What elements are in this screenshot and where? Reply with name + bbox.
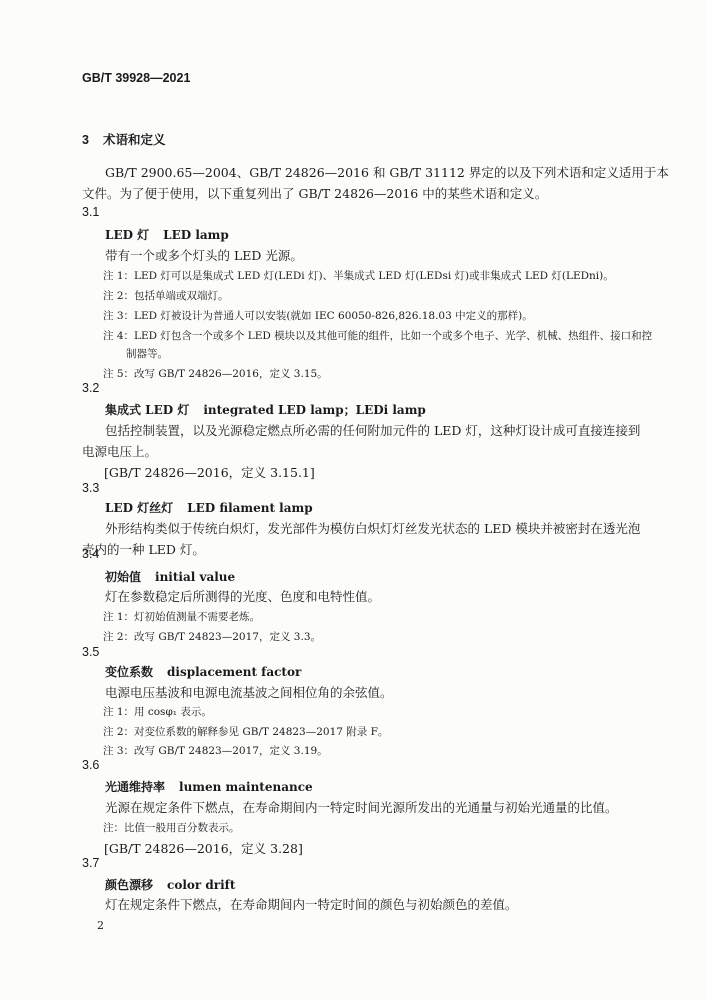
term-note: 注：比值一般用百分数表示。 [103, 820, 240, 835]
intro-line-2: 文件。为了便于使用，以下重复列出了 GB/T 24826—2016 中的某些术语… [82, 184, 547, 204]
term-number: 3.4 [82, 547, 99, 561]
term-note: 注 2：包括单端或双端灯。 [103, 288, 229, 303]
term-heading: 集成式 LED 灯integrated LED lamp；LEDi lamp [105, 401, 426, 418]
term-note-continuation: 制器等。 [126, 346, 168, 361]
term-heading: 光通维持率lumen maintenance [105, 778, 313, 795]
term-note: 注 1：用 cosφ₁ 表示。 [103, 704, 212, 719]
term-definition-continuation: 壳内的一种 LED 灯。 [82, 540, 205, 558]
term-definition-continuation: 电源电压上。 [82, 442, 157, 460]
term-note: 注 3：LED 灯被设计为普通人可以安装(就如 IEC 60050-826,82… [103, 308, 533, 323]
term-number: 3.6 [82, 758, 99, 772]
term-definition: 外形结构类似于传统白炽灯，发光部件为模仿白炽灯灯丝发光状态的 LED 模块并被密… [105, 519, 640, 537]
section-heading: 3术语和定义 [82, 130, 165, 148]
document-page: GB/T 39928—2021 3术语和定义 GB/T 2900.65—2004… [0, 0, 707, 1000]
page-number: 2 [97, 919, 104, 932]
term-number: 3.2 [82, 381, 99, 395]
term-source: [GB/T 24826—2016，定义 3.28] [104, 839, 303, 857]
standard-code: GB/T 39928—2021 [82, 71, 190, 85]
term-heading: 初始值initial value [105, 568, 235, 585]
term-note: 注 3：改写 GB/T 24823—2017，定义 3.19。 [103, 743, 328, 758]
term-note: 注 2：改写 GB/T 24823—2017，定义 3.3。 [103, 629, 321, 644]
term-note: 注 4：LED 灯包含一个或多个 LED 模块以及其他可能的组件，比如一个或多个… [103, 328, 652, 343]
term-number: 3.3 [82, 481, 99, 495]
term-definition: 带有一个或多个灯头的 LED 光源。 [105, 246, 303, 264]
term-note: 注 5：改写 GB/T 24826—2016，定义 3.15。 [103, 366, 328, 381]
term-definition: 灯在规定条件下燃点，在寿命期间内一特定时间的颜色与初始颜色的差值。 [105, 895, 518, 913]
term-definition: 电源电压基波和电源电流基波之间相位角的余弦值。 [105, 683, 393, 701]
term-number: 3.5 [82, 645, 99, 659]
term-number: 3.7 [82, 856, 99, 870]
term-definition: 光源在规定条件下燃点，在寿命期间内一特定时间光源所发出的光通量与初始光通量的比值… [105, 798, 618, 816]
term-heading: LED 灯LED lamp [105, 226, 229, 243]
term-definition: 灯在参数稳定后所测得的光度、色度和电特性值。 [105, 587, 380, 605]
section-title: 术语和定义 [103, 133, 166, 147]
term-note: 注 2：对变位系数的解释参见 GB/T 24823—2017 附录 F。 [103, 724, 388, 739]
term-heading: 颜色漂移color drift [105, 876, 235, 893]
section-number: 3 [82, 133, 89, 147]
term-note: 注 1：LED 灯可以是集成式 LED 灯(LEDi 灯)、半集成式 LED 灯… [103, 268, 614, 283]
term-source: [GB/T 24826—2016，定义 3.15.1] [104, 463, 315, 481]
term-definition: 包括控制装置，以及光源稳定燃点所必需的任何附加元件的 LED 灯，这种灯设计成可… [105, 421, 640, 439]
term-heading: LED 灯丝灯LED filament lamp [105, 499, 313, 516]
intro-line-1: GB/T 2900.65—2004、GB/T 24826—2016 和 GB/T… [105, 163, 669, 183]
term-number: 3.1 [82, 205, 99, 219]
term-heading: 变位系数displacement factor [105, 663, 301, 680]
term-note: 注 1：灯初始值测量不需要老炼。 [103, 609, 260, 624]
